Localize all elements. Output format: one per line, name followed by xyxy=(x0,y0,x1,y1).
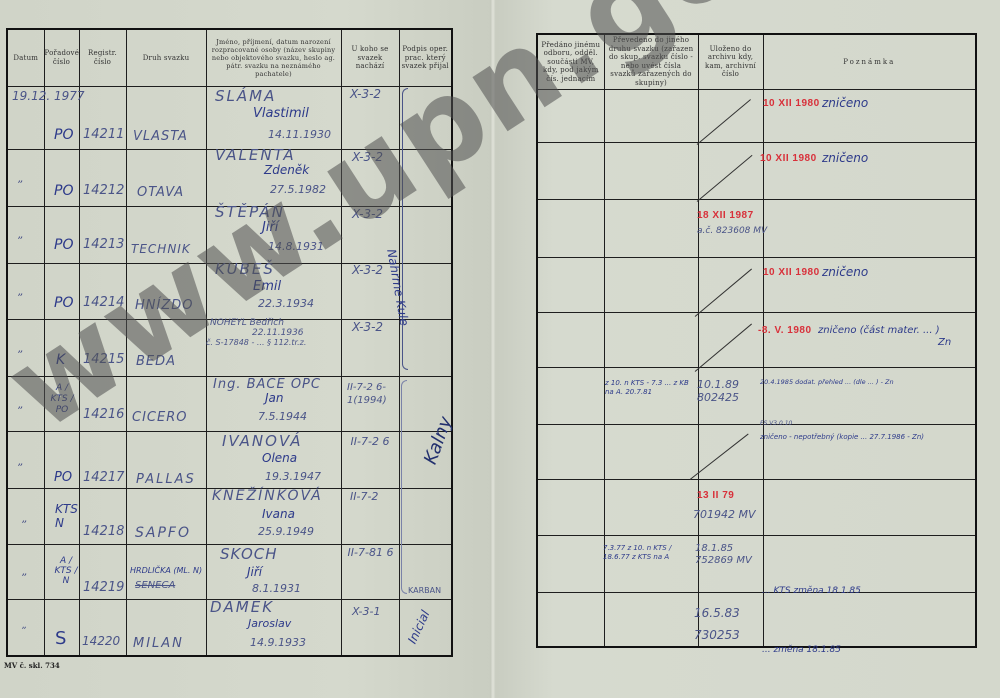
entry-registr: 14217 xyxy=(83,470,124,485)
poznamka-ref: FS.V3.0.10 xyxy=(760,420,792,427)
entry-narozeni: 14.9.1933 xyxy=(250,636,306,649)
poznamka-text: zničeno - nepotřebný (kopie ... 27.7.198… xyxy=(760,433,970,442)
bracket-signature-2 xyxy=(401,380,407,594)
prevedeno-text: 7.3.77 z 10. n KTS / 18.6.77 z KTS na A xyxy=(603,544,695,562)
entry-datum: „ xyxy=(18,455,24,468)
entry-jmeno: Ing. BACE OPC xyxy=(213,377,321,392)
stamp-date: 10 XII 1980 xyxy=(760,153,817,164)
table-row xyxy=(537,89,976,142)
entry-druh: OTAVA xyxy=(137,185,184,200)
entry-jmeno2: Vlastimil xyxy=(253,106,309,121)
entry-narozeni: 14.11.1930 xyxy=(268,128,331,141)
entry-druh-struck: SENECA xyxy=(135,580,175,591)
entry-jmeno: ŠTĚPÁN xyxy=(215,203,285,221)
header-u-koho: U koho se svazek nachází xyxy=(341,29,399,86)
entry-narozeni: 14.8.1931 xyxy=(268,240,324,253)
entry-u-koho: II-7-2 xyxy=(350,490,378,503)
poznamka-initials: Zn xyxy=(938,337,951,348)
entry-narozeni: 25.9.1949 xyxy=(258,525,314,538)
entry-jmeno: VALENTA xyxy=(215,146,296,164)
entry-u-koho: X-3-2 xyxy=(352,320,383,334)
table-row xyxy=(537,312,976,367)
stamp-date: 18 XII 1987 xyxy=(697,210,754,221)
archive-number: 16.5.83 730253 xyxy=(694,602,754,646)
entry-druh: HRDLIČKA (ML. N) xyxy=(130,566,202,575)
entry-druh: TECHNIK xyxy=(131,242,191,256)
entry-registr: 14216 xyxy=(83,407,124,422)
header-registr-cislo: Registr. číslo xyxy=(79,29,126,86)
entry-poradove: K xyxy=(56,352,65,368)
table-row xyxy=(537,142,976,199)
entry-datum: 19.12. 1977 xyxy=(12,89,85,103)
poznamka-text: zničeno xyxy=(822,96,868,110)
header-predano: Předáno jinému odboru, odděl. součásti M… xyxy=(537,34,604,89)
entry-u-koho: II-7-2 6 xyxy=(350,435,390,449)
entry-u-koho: II-7-81 6 xyxy=(343,546,398,560)
book-gutter xyxy=(490,0,496,698)
entry-datum: „ xyxy=(18,285,24,298)
entry-jmeno2: Zdeněk xyxy=(264,163,309,177)
entry-jmeno2: Emil xyxy=(253,279,281,294)
entry-narozeni: 8.1.1931 xyxy=(252,582,301,595)
signature-label: KARBAN xyxy=(408,586,441,595)
header-row: Předáno jinému odboru, odděl. součásti M… xyxy=(537,34,976,89)
header-datum: Datum xyxy=(7,29,44,86)
table-row xyxy=(537,479,976,535)
entry-narozeni: 19.3.1947 xyxy=(265,470,321,483)
header-prevedeno: Převedeno do jiného druhu svazku (zařaze… xyxy=(604,34,698,89)
entry-jmeno2: Jaroslav xyxy=(248,617,291,630)
entry-registr: 14212 xyxy=(83,183,124,198)
entry-jmeno: SKOCH xyxy=(220,545,278,563)
poznamka-text: 20.4.1985 dodat. přehled ... (dle ... ) … xyxy=(760,378,972,386)
entry-registr: 14213 xyxy=(83,237,124,252)
poznamka-text: zničeno (část mater. ... ) xyxy=(818,325,940,336)
entry-jmeno: KNEŽÍNKOVÁ xyxy=(212,488,323,504)
entry-jmeno2: Ivana xyxy=(262,507,295,521)
entry-druh: HNÍZDO xyxy=(135,298,193,313)
entry-jmeno: SLÁMA xyxy=(215,87,276,105)
poznamka-text: zničeno xyxy=(822,151,868,165)
table-row xyxy=(537,592,976,647)
entry-jmeno2: 22.11.1936 xyxy=(252,328,304,338)
entry-u-koho: X-3-1 xyxy=(352,605,380,618)
header-druh-svazku: Druh svazku xyxy=(126,29,206,86)
entry-druh: SAPFO xyxy=(135,525,191,541)
entry-registr: 14218 xyxy=(83,524,124,539)
entry-poradove: PO xyxy=(54,470,72,485)
entry-jmeno2: Jan xyxy=(265,391,284,405)
entry-druh: PALLAS xyxy=(136,472,196,487)
entry-narozeni: 27.5.1982 xyxy=(270,183,326,196)
header-podpis: Podpis oper. prac. který svazek přijal xyxy=(399,29,452,86)
entry-datum: „ xyxy=(18,398,24,411)
header-jmeno: Jméno, příjmení, datum narození rozpraco… xyxy=(206,29,341,86)
entry-registr: 14215 xyxy=(83,352,124,367)
entry-narozeni: 22.3.1934 xyxy=(258,297,314,310)
entry-registr: 14219 xyxy=(83,580,124,595)
header-row: Datum Pořadové číslo Registr. číslo Druh… xyxy=(7,29,452,86)
entry-jmeno: DAMEK xyxy=(210,598,274,616)
entry-u-koho: II-7-2 6-1(1994) xyxy=(347,381,402,407)
entry-jmeno: IVANOVÁ xyxy=(222,432,302,450)
stamp-date: 10 XII 1980 xyxy=(763,267,820,278)
stamp-date: 10 XII 1980 xyxy=(763,98,820,109)
entry-u-koho: X-3-2 xyxy=(352,150,383,164)
table-row xyxy=(537,257,976,312)
poznamka-text: ... změna 18.1.85 xyxy=(762,645,841,655)
entry-poradove: PO xyxy=(54,183,73,199)
entry-datum: „ xyxy=(22,565,28,578)
stamp-date: 13 II 79 xyxy=(697,490,734,501)
entry-poradove: PO xyxy=(54,237,73,253)
poznamka-text: zničeno xyxy=(822,265,868,279)
form-number: MV č. skl. 734 xyxy=(4,661,60,670)
entry-druh: CICERO xyxy=(132,410,187,425)
entry-datum: „ xyxy=(18,228,24,241)
entry-u-koho: X-3-2 xyxy=(350,87,381,101)
poznamka-text: ... KTS změna 18.1.85 xyxy=(762,586,861,596)
header-ulozeno: Uloženo do archivu kdy, kam, archivní čí… xyxy=(698,34,763,89)
entry-narozeni: 7.5.1944 xyxy=(258,410,307,423)
entry-jmeno2: Jiří xyxy=(262,220,278,235)
entry-u-koho: X-3-2 xyxy=(352,207,383,221)
archive-number: a.č. 823608 MV xyxy=(697,226,767,236)
entry-poradove: A / KTS / PO xyxy=(50,383,74,416)
header-poradove-cislo: Pořadové číslo xyxy=(44,29,79,86)
archive-number: 18.1.85 752869 MV xyxy=(695,543,757,567)
entry-poradove: S xyxy=(55,628,66,649)
entry-jmeno2: Jiří xyxy=(247,565,262,579)
entry-registr: 14220 xyxy=(82,634,120,648)
archive-number: 10.1.89 802425 xyxy=(697,378,757,404)
entry-narozeni: č. S-17848 - ... § 112.tr.z. xyxy=(206,338,306,347)
entry-druh: MILAN xyxy=(133,636,184,651)
entry-druh: VLASTA xyxy=(133,129,188,144)
entry-jmeno: KUBEŠ xyxy=(215,260,275,278)
entry-datum: „ xyxy=(22,512,28,525)
entry-poradove: KTS N xyxy=(55,502,75,530)
entry-jmeno: NOHEYL Bedřich xyxy=(210,318,284,328)
stamp-date: -8. V. 1980 xyxy=(758,325,812,336)
entry-druh: BEDA xyxy=(136,354,176,369)
entry-datum: „ xyxy=(22,620,27,631)
archive-number: 701942 MV xyxy=(693,508,756,521)
bracket-signature-1 xyxy=(402,88,408,370)
entry-registr: 14214 xyxy=(83,295,124,310)
entry-registr: 14211 xyxy=(83,127,124,142)
entry-poradove: A / KTS / N xyxy=(54,556,78,586)
entry-poradove: PO xyxy=(54,295,73,311)
entry-poradove: PO xyxy=(54,127,73,143)
header-poznamka: Poznámka xyxy=(763,34,976,89)
prevedeno-text: z 10. n KTS - 7.3 ... z KB na A. 20.7.81 xyxy=(605,379,697,397)
entry-datum: „ xyxy=(18,342,24,355)
entry-datum: „ xyxy=(18,172,24,185)
entry-jmeno2: Olena xyxy=(262,451,297,465)
entry-u-koho: X-3-2 xyxy=(352,263,383,277)
